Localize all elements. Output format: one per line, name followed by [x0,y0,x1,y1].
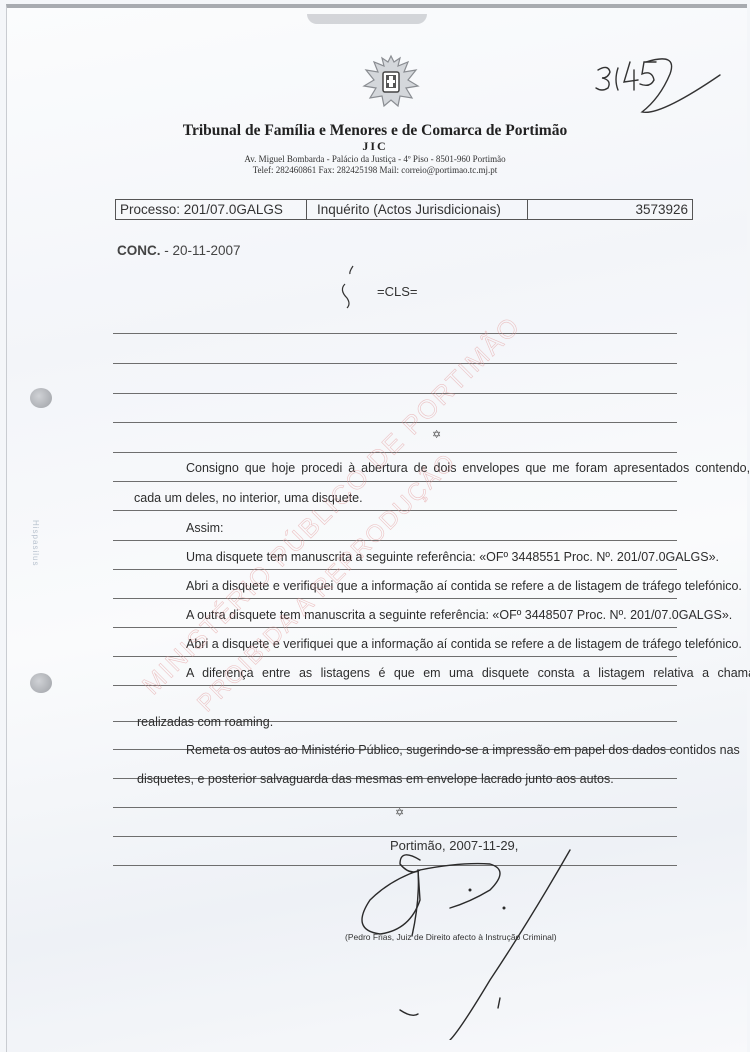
separator-star-icon: ✡ [432,428,441,441]
signer-name: (Pedro Frias, Juiz de Direito afecto à I… [345,932,557,942]
body-line: Consigno que hoje procedi à abertura de … [186,461,750,475]
court-contact: Telef: 282460861 Fax: 282425198 Mail: co… [0,165,750,175]
ruled-line [113,422,677,423]
ruled-line [113,656,677,657]
body-line: disquetes, e posterior salvaguarda das m… [137,772,614,786]
body-line: cada um deles, no interior, uma disquete… [134,491,363,505]
conclusion-label: CONC. [117,243,161,258]
court-unit: JIC [0,139,750,154]
ruled-line [113,393,677,394]
process-info-box: Processo: 201/07.0GALGS Inquérito (Actos… [115,199,693,220]
page-fold-shadow [307,14,427,24]
body-line: Abri a disquete e verifiquei que a infor… [186,637,742,651]
coat-of-arms-icon [358,52,424,114]
conclusion-line: CONC. - 20-11-2007 [117,243,241,258]
ruled-line [113,836,677,837]
ruled-line [113,333,677,334]
separator-star-icon: ✡ [395,806,404,819]
ruled-line [113,627,677,628]
punch-hole-bottom [30,673,52,693]
ruled-line [113,510,677,511]
process-type: Inquérito (Actos Jurisdicionais) [307,200,528,219]
ruled-line [113,685,677,686]
ruled-line [113,540,677,541]
conclusion-date: - 20-11-2007 [161,243,241,258]
ruled-line [113,452,677,453]
body-line: Uma disquete tem manuscrita a seguinte r… [186,550,719,564]
side-stamp: Hispasilus [31,520,40,566]
court-address: Av. Miguel Bombarda - Palácio da Justiça… [0,154,750,164]
process-number: Processo: 201/07.0GALGS [116,200,307,219]
handwritten-mark [335,262,357,312]
punch-hole-top [30,388,52,408]
body-line: A diferença entre as listagens é que em … [186,666,750,680]
handwritten-page-number [590,40,730,130]
body-line: Abri a disquete e verifiquei que a infor… [186,579,742,593]
process-reference: 3573926 [528,200,692,219]
cls-marker: =CLS= [377,284,417,299]
ruled-line [113,569,677,570]
ruled-line [113,598,677,599]
ruled-line [113,481,677,482]
body-line: Assim: [186,521,224,535]
body-line: realizadas com roaming. [137,715,273,729]
body-line: A outra disquete tem manuscrita a seguin… [186,608,732,622]
ruled-line [113,363,677,364]
body-line: Remeta os autos ao Ministério Público, s… [186,743,740,757]
